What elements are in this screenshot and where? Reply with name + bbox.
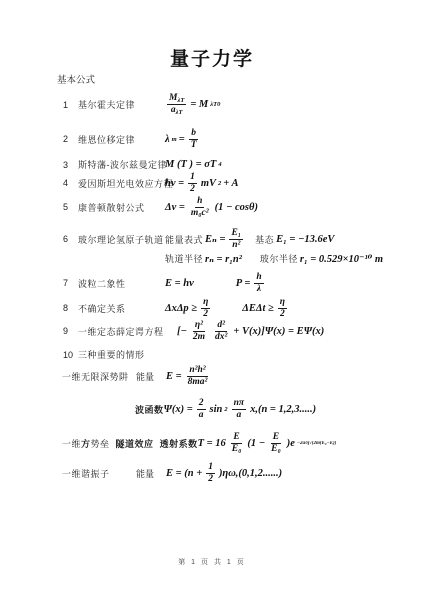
label-part: 一维 [62,439,81,449]
case-row-infinite-well: 一维无限深势阱 能量 E = n²h² 8ma² [62,365,211,388]
formula-row-three-cases: 10 三种重要的情形 [63,348,165,361]
item-number: 9 [63,326,78,336]
item-number: 3 [63,160,78,170]
formula: T = 16 E E₀ (1 − E E₀ )e −2a/η√(2m(E₀−E)… [198,432,337,455]
formula-row-photoelectric: 4 爱因斯坦光电效应方程 hν = 1 2 mV 2 + A [63,172,239,195]
inline-label: 能量表式 [165,233,203,246]
expression: Eₙ = [205,233,225,245]
fraction: MλT aλT [167,93,186,117]
page-title: 量子力学 [0,44,424,71]
item-number: 1 [63,100,78,110]
expression: (1 − cosθ) [215,202,258,213]
numerator: h [254,272,263,284]
denominator: 2m [191,332,207,343]
item-label: 康普顿散射公式 [78,201,165,214]
denominator: a [234,410,243,421]
expression: rₙ = r₁n² [205,253,242,265]
document-page: 量子力学 基本公式 1 基尔霍夫定律 MλT aλT = M λT0 2 维恩位… [0,0,424,600]
formula: Ψ(x) = 2 a sin 2 nπ a x,(n = 1,2,3.....) [164,398,317,421]
page-number-footer: 第 1 页 共 1 页 [0,557,424,567]
formula: hν = 1 2 mV 2 + A [165,172,239,195]
item-label: 维恩位移定律 [78,133,165,146]
formula-row-stefan-boltzmann: 3 斯特藩-波尔兹曼定律 M (T ) = σT 4 [63,158,222,171]
denominator: aλT [169,105,185,116]
numerator: η [201,297,210,309]
denominator: n² [230,240,242,251]
fraction: nπ a [232,398,246,421]
numerator: nπ [232,398,246,410]
superscript: 2 [224,406,227,413]
equals-rhs: = M [190,99,208,110]
fraction: 1 2 [188,172,197,195]
fraction: η 2 [278,297,287,320]
denominator: 2 [278,309,287,320]
item-number: 6 [63,234,78,244]
item-number: 5 [63,202,78,212]
numerator: b [189,128,198,140]
label-part: 势垒 [91,439,110,449]
energy-label: 能量 [136,370,162,383]
numerator: E [231,432,241,444]
formula: λ m = b T [165,128,201,151]
formula-row-bohr-energy: 6 玻尔理论氢原子轨道 能量表式 Eₙ = E₁ n² 基态 E₁ = −13.… [63,228,334,251]
subscript: m [172,136,177,143]
denominator: λ [255,284,263,295]
inline-label: 轨道半径 [165,252,203,265]
item-label: 不确定关系 [78,302,165,315]
denominator: 2 [188,184,197,195]
fraction: b T [189,128,199,151]
formula: [− η² 2m d² dx² + V(x)]Ψ(x) = EΨ(x) [177,320,324,343]
expression: M (T ) = σT [165,159,216,170]
item-label: 三种重要的情形 [78,348,165,361]
formula: ΔxΔp ≥ η 2 ΔEΔt ≥ η 2 [165,297,289,320]
expression: E = (n + [166,468,202,479]
formula: E = n²h² 8ma² [166,365,211,388]
expression: E = [166,371,182,382]
numerator: MλT [167,93,186,105]
numerator: η² [193,320,205,332]
denominator: dx² [213,332,229,343]
numerator: 1 [188,172,197,184]
fraction: E E₀ [269,432,283,455]
numerator: d² [215,320,227,332]
fraction: η 2 [201,297,210,320]
exponent: −2a/η√(2m(E₀−E)) [297,441,336,446]
fraction: 2 a [197,398,206,421]
expression: ΔxΔp ≥ [165,303,197,314]
case-label: 一维无限深势阱 [62,370,136,383]
denominator: T [189,140,199,151]
expression: mV [201,178,216,189]
case-row-wave-function: 波函数 Ψ(x) = 2 a sin 2 nπ a x,(n = 1,2,3..… [135,398,316,421]
energy-label: 能量 [136,467,162,480]
formula-row-schrodinger: 9 一维定态薛定谔方程 [− η² 2m d² dx² + V(x)]Ψ(x) … [63,320,324,343]
transmission-label: 透射系数 [160,437,198,450]
expression: )e [287,438,295,449]
case-label: 一维方势垒 [62,437,110,450]
item-label: 波粒二象性 [78,277,165,290]
numerator: η [278,297,287,309]
expression: P = [236,278,251,289]
expression: + V(x)]Ψ(x) = EΨ(x) [233,326,324,337]
item-label: 一维定态薛定谔方程 [78,325,165,338]
expression: (1 − [247,438,265,449]
inline-label: 玻尔半径 [260,252,298,265]
fraction: 1 2 [206,462,215,485]
expression: )ηω,(0,1,2......) [219,468,282,479]
expression: E₁ = −13.6eV [276,234,334,245]
function-name: sin [210,404,223,415]
expression: r₁ = 0.529×10⁻¹⁰ m [300,253,383,265]
formula-row-bohr-radius: 轨道半径 rₙ = r₁n² 玻尔半径 r₁ = 0.529×10⁻¹⁰ m [165,252,383,265]
subscript: λT [177,97,184,104]
numerator: E [271,432,281,444]
section-heading: 基本公式 [57,72,95,86]
subscript: λT [176,109,183,116]
item-number: 7 [63,278,78,288]
formula: 轨道半径 rₙ = r₁n² 玻尔半径 r₁ = 0.529×10⁻¹⁰ m [165,252,383,265]
label-part: 方 [81,439,91,449]
fraction: E₁ n² [229,228,243,251]
item-number: 10 [63,350,78,360]
superscript: 4 [218,161,221,168]
item-label: 爱因斯坦光电效应方程 [78,177,165,190]
numerator: 1 [206,462,215,474]
symbol: λ [165,134,170,145]
formula-row-duality: 7 波粒二象性 E = hν P = h λ [63,272,266,295]
equals: = [179,134,185,145]
item-number: 2 [63,134,78,144]
formula-row-compton: 5 康普顿散射公式 Δν = h m₀c² (1 − cosθ) [63,196,258,219]
item-label: 基尔霍夫定律 [78,98,165,111]
denominator: 2 [201,309,210,320]
item-label: 玻尔理论氢原子轨道 [78,233,165,246]
denominator: a [197,410,206,421]
numerator: n²h² [187,365,207,377]
formula: MλT aλT = M λT0 [165,93,220,117]
formula: E = (n + 1 2 )ηω,(0,1,2......) [166,462,282,485]
fraction: n²h² 8ma² [186,365,210,388]
item-number: 4 [63,178,78,188]
expression: x,(n = 1,2,3.....) [250,404,316,415]
expression: Δν = [165,202,185,213]
formula: E = hν P = h λ [165,272,266,295]
numerator: 2 [197,398,206,410]
expression: hν = [165,178,184,189]
expression: T = 16 [198,438,226,449]
expression: [− [177,326,187,337]
case-label: 波函数 [135,403,164,416]
fraction: h m₀c² [189,196,211,219]
fraction: d² dx² [213,320,229,343]
denominator: 8ma² [186,377,210,388]
formula-row-uncertainty: 8 不确定关系 ΔxΔp ≥ η 2 ΔEΔt ≥ η 2 [63,297,289,320]
denominator: E₀ [230,444,244,455]
numerator: E₁ [229,228,243,240]
item-number: 8 [63,303,78,313]
formula-row-kirchhoff: 1 基尔霍夫定律 MλT aλT = M λT0 [63,93,220,117]
case-row-barrier-tunnel: 一维方势垒 隧道效应 透射系数 T = 16 E E₀ (1 − E E₀ )e… [62,432,336,455]
formula: Δν = h m₀c² (1 − cosθ) [165,196,258,219]
expression: E = hν [165,278,194,289]
case-label: 一维谐振子 [62,467,136,480]
formula: M (T ) = σT 4 [165,159,222,170]
formula: 能量表式 Eₙ = E₁ n² 基态 E₁ = −13.6eV [165,228,334,251]
superscript: 2 [218,180,221,187]
inline-label: 基态 [255,233,274,246]
formula-row-wien: 2 维恩位移定律 λ m = b T [63,128,201,151]
fraction: E E₀ [230,432,244,455]
denominator: m₀c² [189,208,211,219]
expression: Ψ(x) = [164,404,193,415]
denominator: 2 [206,474,215,485]
case-row-oscillator: 一维谐振子 能量 E = (n + 1 2 )ηω,(0,1,2......) [62,462,282,485]
fraction: h λ [254,272,263,295]
expression: ΔEΔt ≥ [242,303,273,314]
denominator: E₀ [269,444,283,455]
tunnel-effect-label: 隧道效应 [116,437,154,450]
subscript: λT0 [210,101,220,108]
numerator: h [195,196,204,208]
expression: + A [223,178,238,189]
item-label: 斯特藩-波尔兹曼定律 [78,158,165,171]
fraction: η² 2m [191,320,207,343]
